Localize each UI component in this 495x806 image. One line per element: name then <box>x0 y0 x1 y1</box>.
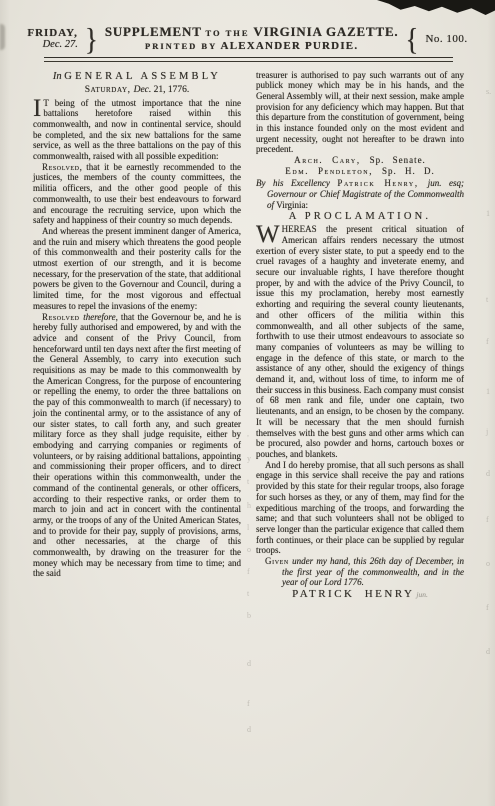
text-segment: T being of the utmost importance that th… <box>33 98 241 162</box>
text-segment: Resolved <box>42 312 83 322</box>
bleed-speck: f <box>247 700 250 708</box>
right-brace-glyph: { <box>405 28 418 51</box>
sig: Edm. Pendleton, Sp. H. D. <box>256 166 464 177</box>
left-brace-glyph: } <box>85 28 98 51</box>
masthead-subtitle: PRINTED BY ALEXANDER PURDIE. <box>105 40 399 53</box>
bleed-speck: 1 <box>486 388 490 396</box>
bleed-speck: t <box>247 590 249 598</box>
paragraph: And whereas the present imminent danger … <box>33 226 241 312</box>
signature: PATRICK HENRY jun. <box>256 589 464 601</box>
title-part-supplement: SUPPLEMENT <box>105 24 202 39</box>
text-segment: Virginia: <box>276 200 308 210</box>
text-segment: Edm. Pendleton, <box>285 166 382 176</box>
text-segment: Patrick Henry, <box>337 178 427 188</box>
left-column: In GENERAL ASSEMBLYSaturday, Dec. 21, 17… <box>33 70 241 601</box>
heading2: A PROCLAMATION. <box>256 210 464 223</box>
bleed-speck: f <box>247 568 250 576</box>
text-segment: therefore <box>83 312 115 322</box>
bleed-speck: d <box>486 470 490 478</box>
bleed-speck: l <box>247 524 249 532</box>
paragraph: And I do hereby promise, that all such p… <box>256 460 464 556</box>
paragraph: treasurer is authorised to pay such warr… <box>256 70 464 156</box>
paragraph: WHEREAS the present critical situation o… <box>256 224 464 459</box>
ink-smudge <box>0 24 5 50</box>
bleed-speck: t <box>486 296 488 304</box>
text-segment: under my hand, this 26th day of December… <box>282 556 464 587</box>
paragraph: Resolved therefore, that the Governour b… <box>33 312 241 580</box>
bleed-speck: j <box>486 428 488 436</box>
text-segment: Dec. <box>134 85 154 95</box>
bleed-speck: , <box>247 430 249 438</box>
text-segment: And I do hereby promise, that all such p… <box>256 460 464 556</box>
text-segment: Saturday, <box>85 85 134 95</box>
bleed-speck: f <box>486 516 489 524</box>
bleed-speck: t <box>247 478 249 486</box>
newspaper-scan: { "colors":{"paper":"#e9e6de","ink":"#2f… <box>0 0 495 806</box>
bleed-speck: s. <box>486 88 491 96</box>
text-segment: A PROCLAMATION. <box>289 211 432 222</box>
byline: By his Excellency Patrick Henry, jun. es… <box>256 178 464 210</box>
bleed-speck: d <box>247 726 251 734</box>
page-body: In GENERAL ASSEMBLYSaturday, Dec. 21, 17… <box>0 67 495 601</box>
masthead-date-line: Dec. 27. <box>27 39 78 51</box>
title-part-to-the: TO THE <box>206 28 250 38</box>
text-segment: Resolved <box>42 162 80 172</box>
given: Given under my hand, this 26th day of De… <box>256 556 464 588</box>
masthead-day: FRIDAY, <box>27 27 78 39</box>
bleed-speck: h <box>247 502 251 510</box>
issue-number: No. 100. <box>425 33 467 45</box>
paragraph: IT being of the utmost importance that t… <box>33 98 241 162</box>
masthead-title-block: SUPPLEMENT TO THE VIRGINIA GAZETTE. PRIN… <box>105 25 399 53</box>
bleed-speck: 1 <box>486 210 490 218</box>
right-column: treasurer is authorised to pay such warr… <box>256 70 464 601</box>
text-segment: GENERAL ASSEMBLY <box>64 71 221 82</box>
heading: In GENERAL ASSEMBLY <box>33 70 241 83</box>
sig: Arch. Cary, Sp. Senate. <box>256 155 464 166</box>
bleed-speck: f <box>486 338 489 346</box>
text-segment: By his Excellency <box>256 178 337 188</box>
text-segment: 21, 1776. <box>154 85 190 95</box>
text-segment: Sp. Senate. <box>370 155 426 165</box>
text-segment: , that the Governour be, and he is hereb… <box>33 312 241 579</box>
bleed-speck: f <box>486 604 489 612</box>
text-segment: Given <box>265 556 289 566</box>
paragraph: Resolved, that it be earnestly recommend… <box>33 162 241 226</box>
bleed-speck: b <box>247 612 251 620</box>
bleed-speck: d <box>486 648 490 656</box>
text-segment: Sp. H. D. <box>382 166 435 176</box>
text-segment: jun. <box>415 590 428 599</box>
text-segment: PATRICK HENRY <box>292 588 414 600</box>
bleed-speck: y <box>247 455 251 463</box>
text-segment: Arch. Cary, <box>294 155 369 165</box>
masthead-date: FRIDAY, Dec. 27. <box>27 27 78 51</box>
subheading: Saturday, Dec. 21, 1776. <box>33 84 241 96</box>
drop-cap: W <box>256 224 282 244</box>
masthead-title: SUPPLEMENT TO THE VIRGINIA GAZETTE. <box>105 25 399 40</box>
bleed-speck: d <box>247 660 251 668</box>
text-segment: And whereas the present imminent danger … <box>33 226 241 311</box>
text-segment: HEREAS the present critical situation of… <box>256 224 464 459</box>
drop-cap: I <box>33 98 43 118</box>
bleed-speck: o <box>247 546 251 554</box>
text-segment: treasurer is authorised to pay such warr… <box>256 70 464 155</box>
subtitle-printed-by: PRINTED BY <box>145 41 217 51</box>
text-segment: In <box>53 71 64 82</box>
subtitle-printer: ALEXANDER PURDIE. <box>221 40 359 52</box>
masthead-double-rule <box>44 57 453 62</box>
bleed-speck: o <box>486 560 490 568</box>
title-part-gazette: VIRGINIA GAZETTE. <box>253 24 398 39</box>
